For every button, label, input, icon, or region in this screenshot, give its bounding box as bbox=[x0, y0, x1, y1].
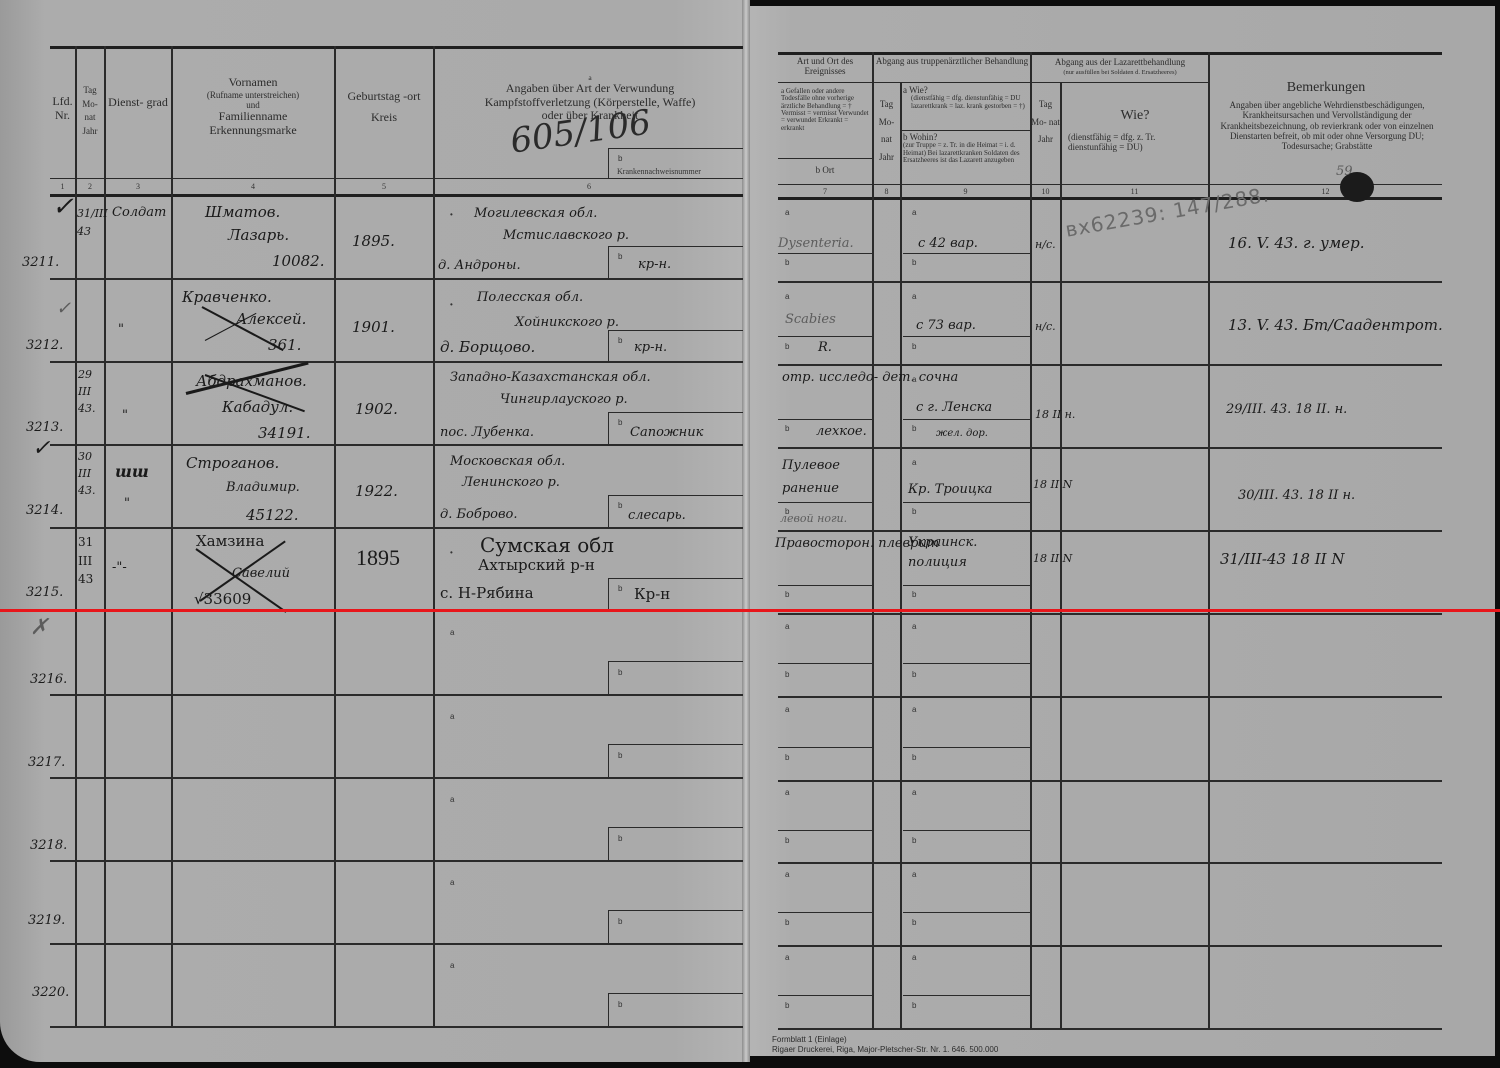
row-rank: -"- bbox=[112, 560, 127, 575]
colnum-7: 7 bbox=[778, 187, 872, 196]
day: н/с. bbox=[1035, 238, 1056, 251]
row-rank: " bbox=[118, 322, 124, 337]
header-wound-line2: Kampfstoffverletzung (Körperstelle, Waff… bbox=[440, 96, 740, 110]
day: н/с. bbox=[1035, 320, 1056, 333]
marker-b: b bbox=[785, 753, 789, 762]
marker-a: a bbox=[912, 375, 916, 384]
header-remarks: Bemerkungen bbox=[1210, 80, 1442, 96]
row-number: 3216. bbox=[30, 672, 67, 687]
row-surname: Строганов. bbox=[186, 454, 279, 472]
row-number: 3215. bbox=[26, 585, 63, 600]
marker-b: b bbox=[912, 424, 916, 433]
header-lazarett-date: Tag Mo- nat Jahr bbox=[1031, 96, 1060, 149]
marker-b: b bbox=[785, 424, 789, 433]
header-lfd-nr: Lfd. Nr. bbox=[50, 95, 75, 123]
marker-a: a bbox=[450, 628, 454, 637]
marker-b: b bbox=[912, 918, 916, 927]
marker-b: b bbox=[912, 836, 916, 845]
marker-b: b bbox=[912, 1001, 916, 1010]
marker-b: b bbox=[618, 834, 622, 843]
row-addr3: д. Борщово. bbox=[440, 338, 535, 356]
how-a: Украинск. полиция bbox=[908, 533, 1018, 573]
header-lazarett-discharge: Abgang aus der Lazarettbehandlung bbox=[1032, 57, 1208, 67]
how-a: с г. Ленска bbox=[916, 400, 992, 415]
marker-b: b bbox=[618, 418, 622, 427]
marker-a: a bbox=[450, 878, 454, 887]
colnum-2: 2 bbox=[76, 182, 104, 191]
header-remarks-text: Angaben über angebliche Wehrdienstbeschä… bbox=[1216, 100, 1438, 152]
header-rank: Dienst- grad bbox=[106, 96, 170, 110]
checkmark-icon: ✓ bbox=[52, 192, 74, 222]
checkmark-icon: ✓ bbox=[56, 298, 71, 319]
marker-b: b bbox=[618, 668, 622, 677]
row-number: 3218. bbox=[30, 838, 67, 853]
row-occupation: Кр-н bbox=[634, 585, 670, 603]
event-b: левой ноги. bbox=[780, 512, 847, 525]
stamped-number-suffix: 59 bbox=[1336, 164, 1353, 179]
colnum-9: 9 bbox=[901, 187, 1030, 196]
row-occupation: слесарь. bbox=[628, 508, 686, 523]
colnum-11: 11 bbox=[1061, 187, 1208, 196]
row-rank: " bbox=[124, 496, 130, 511]
marker-b: b bbox=[618, 751, 622, 760]
row-date: 29 III 43. bbox=[78, 366, 102, 417]
header-lazarett-how: Wie? bbox=[1062, 108, 1208, 124]
checkmark-icon: ✓ bbox=[32, 436, 50, 461]
row-birth: 1901. bbox=[352, 318, 395, 336]
row-birth: 1895 bbox=[356, 545, 400, 571]
row-occupation: кр-н. bbox=[638, 257, 671, 272]
header-troop-discharge: Abgang aus truppenärztlicher Behandlung bbox=[874, 56, 1030, 66]
marker-a: a bbox=[912, 292, 916, 301]
remarks: 16. V. 43. г. умер. bbox=[1228, 234, 1365, 252]
row-number: 3211. bbox=[22, 255, 59, 270]
remarks: 30/III. 43. 18 II н. bbox=[1238, 488, 1355, 503]
marker-b: b bbox=[618, 584, 622, 593]
event-a: отр. исследо- дет. сочна bbox=[782, 370, 958, 385]
colnum-5: 5 bbox=[335, 182, 433, 191]
marker-b: b bbox=[912, 342, 916, 351]
row-number: 3220. bbox=[32, 985, 69, 1000]
marker-a: a bbox=[450, 961, 454, 970]
row-surname: Хамзина bbox=[196, 532, 264, 550]
header-wound-b: b bbox=[618, 154, 622, 163]
row-tag: 45122. bbox=[246, 506, 299, 524]
row-tag: 34191. bbox=[258, 424, 311, 442]
colnum-1: 1 bbox=[50, 182, 75, 191]
colnum-10: 10 bbox=[1031, 187, 1060, 196]
marker-b: b bbox=[912, 670, 916, 679]
header-date: Tag Mo- nat Jahr bbox=[77, 84, 103, 138]
row-surname: Шматов. bbox=[205, 203, 280, 221]
row-addr1: Полесская обл. bbox=[477, 290, 583, 305]
event-a: Пулевое ранение bbox=[782, 454, 870, 501]
colnum-6: 6 bbox=[434, 182, 744, 191]
marker-a: a bbox=[912, 788, 916, 797]
row-birth: 1902. bbox=[355, 400, 398, 418]
day: 18 II н. bbox=[1035, 408, 1075, 421]
header-name-line4: Familienname bbox=[172, 110, 334, 124]
row-number: 3212. bbox=[26, 338, 63, 353]
how-a: Кр. Троицка bbox=[908, 482, 992, 497]
how-a: с 42 вар. bbox=[918, 236, 978, 251]
row-addr2: Мстиславского р. bbox=[503, 228, 629, 243]
marker-a: a bbox=[785, 788, 789, 797]
row-firstname: Алексей. bbox=[236, 310, 306, 328]
marker-a: a bbox=[912, 953, 916, 962]
row-number: 3219. bbox=[28, 913, 65, 928]
marker-b: b bbox=[785, 590, 789, 599]
header-troop-date: Tag Mo- nat Jahr bbox=[873, 96, 900, 166]
remarks: 13. V. 43. Бт/Саадентрот. bbox=[1228, 316, 1443, 334]
row-birth: 1922. bbox=[355, 482, 398, 500]
row-date: 31/III 43 bbox=[77, 205, 103, 240]
row-addr1: Сумская обл bbox=[480, 533, 614, 557]
header-wound-line1: Angaben über Art der Verwundung bbox=[440, 82, 740, 96]
event-b: лехкое. bbox=[816, 424, 867, 439]
marker-b: b bbox=[785, 670, 789, 679]
row-addr3: пос. Лубенка. bbox=[440, 425, 534, 440]
page-fold bbox=[742, 0, 750, 1062]
header-event-a: a Gefallen oder andere Todesfälle ohne v… bbox=[781, 88, 871, 132]
header-troop-how: a Wie? (dienstfähig = dfg. dienstunfähig… bbox=[903, 85, 1029, 110]
marker-b: b bbox=[785, 836, 789, 845]
header-troop-where: b Wohin? (zur Truppe = z. Tr. in die Hei… bbox=[903, 132, 1029, 164]
row-addr2: Чингирлауского р. bbox=[500, 392, 628, 407]
colnum-8: 8 bbox=[873, 187, 900, 196]
marker-a: a bbox=[785, 622, 789, 631]
row-number: 3214. bbox=[26, 503, 63, 518]
row-addr1: Могилевская обл. bbox=[474, 206, 597, 221]
marker-a: a bbox=[912, 458, 916, 467]
how-b: жел. дор. bbox=[936, 428, 988, 439]
row-addr1: Московская обл. bbox=[450, 454, 565, 469]
row-number: 3213. bbox=[26, 420, 63, 435]
row-rank: Солдат bbox=[112, 205, 166, 220]
day: 18 II N bbox=[1033, 552, 1072, 565]
day: 18 II N bbox=[1033, 478, 1072, 491]
marker-b: b bbox=[912, 507, 916, 516]
marker-b: b bbox=[618, 336, 622, 345]
marker-a: a bbox=[785, 292, 789, 301]
marker-a: a bbox=[785, 705, 789, 714]
colnum-4: 4 bbox=[172, 182, 334, 191]
marker-b: b bbox=[912, 258, 916, 267]
row-surname: Кравченко. bbox=[182, 288, 272, 306]
row-occupation: кр-н. bbox=[634, 340, 667, 355]
scribble-mark: ɯɯ bbox=[115, 462, 149, 481]
header-lazarett-sub: (nur ausfüllen bei Soldaten d. Ersatzhee… bbox=[1032, 70, 1208, 77]
marker-b: b bbox=[785, 342, 789, 351]
row-firstname: Кабадул. bbox=[222, 398, 293, 416]
cross-mark: ✗ bbox=[30, 615, 48, 640]
row-addr2: Хойникского р. bbox=[515, 315, 619, 330]
event-b: R. bbox=[818, 340, 832, 355]
marker-a: a bbox=[912, 870, 916, 879]
marker-b: b bbox=[785, 1001, 789, 1010]
row-addr2: Ленинского р. bbox=[462, 475, 560, 490]
header-name-line2: (Rufname unterstreichen) bbox=[172, 90, 334, 100]
header-krankennachweis: Krankennachweisnummer bbox=[617, 167, 701, 176]
row-addr3: д. Андроны. bbox=[438, 258, 521, 273]
remarks: 31/III-43 18 II N bbox=[1220, 550, 1344, 568]
header-birth: Geburtstag -ort Kreis bbox=[340, 86, 428, 128]
marker-b: b bbox=[618, 501, 622, 510]
marker-b: b bbox=[618, 252, 622, 261]
highlight-line bbox=[0, 609, 1500, 612]
header-name-line1: Vornamen bbox=[172, 76, 334, 90]
header-lazarett-how-text: (dienstfähig = dfg. z. Tr. dienstunfähig… bbox=[1068, 132, 1206, 153]
footer-line2: Rigaer Druckerei, Riga, Major-Pletscher-… bbox=[772, 1045, 998, 1055]
colnum-3: 3 bbox=[105, 182, 171, 191]
header-name: Vornamen (Rufname unterstreichen) und Fa… bbox=[172, 76, 334, 138]
row-addr3: с. Н-Рябина bbox=[440, 584, 534, 602]
row-number: 3217. bbox=[28, 755, 65, 770]
header-where-text: (zur Truppe = z. Tr. in die Heimat = i. … bbox=[903, 142, 1029, 164]
marker-b: b bbox=[618, 1000, 622, 1009]
row-addr3: д. Боброво. bbox=[440, 507, 518, 522]
header-event: Art und Ort des Ereignisses bbox=[778, 56, 872, 77]
header-how-text: (dienstfähig = dfg. dienstunfähig = DU l… bbox=[903, 95, 1029, 110]
marker-b: b bbox=[785, 918, 789, 927]
row-firstname: Владимир. bbox=[226, 480, 300, 495]
marker-a: a bbox=[912, 622, 916, 631]
form-footer: Formblatt 1 (Einlage) Rigaer Druckerei, … bbox=[772, 1035, 998, 1055]
row-tag: 361. bbox=[268, 336, 301, 354]
marker-a: a bbox=[912, 208, 916, 217]
row-addr2: Ахтырский р-н bbox=[478, 556, 595, 574]
marker-b: b bbox=[618, 917, 622, 926]
header-name-line5: Erkennungsmarke bbox=[172, 124, 334, 138]
event-a: Scabies bbox=[785, 312, 836, 327]
marker-a: a bbox=[450, 712, 454, 721]
marker-a: a bbox=[912, 705, 916, 714]
row-tag: √33609 bbox=[194, 590, 251, 608]
row-tag: 10082. bbox=[272, 252, 325, 270]
row-firstname: Лазарь. bbox=[228, 226, 289, 244]
header-event-b: b Ort bbox=[778, 165, 872, 175]
row-occupation: Сапожник bbox=[630, 425, 703, 440]
marker-b: b bbox=[912, 590, 916, 599]
left-page bbox=[0, 0, 748, 1062]
marker-b: b bbox=[785, 258, 789, 267]
marker-a: a bbox=[785, 953, 789, 962]
row-rank: " bbox=[122, 408, 128, 423]
remarks: 29/III. 43. 18 II. н. bbox=[1226, 402, 1347, 417]
how-a: с 73 вар. bbox=[916, 318, 976, 333]
event-a: Dysenteria. bbox=[778, 236, 854, 251]
row-addr1: Западно-Казахстанская обл. bbox=[450, 370, 651, 385]
marker-a: a bbox=[785, 870, 789, 879]
row-date: 31 III 43 bbox=[78, 533, 102, 589]
marker-a: a bbox=[785, 208, 789, 217]
footer-line1: Formblatt 1 (Einlage) bbox=[772, 1035, 998, 1045]
marker-a: a bbox=[450, 795, 454, 804]
row-date: 30 III 43. bbox=[78, 448, 102, 499]
row-birth: 1895. bbox=[352, 232, 395, 250]
marker-b: b bbox=[912, 753, 916, 762]
